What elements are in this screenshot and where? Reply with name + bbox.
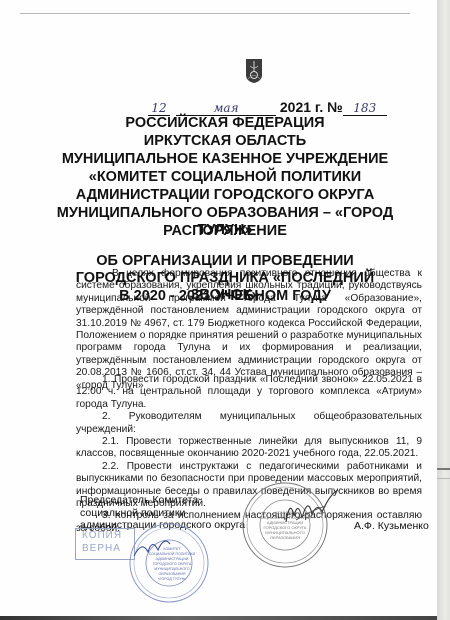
signature bbox=[282, 488, 342, 528]
header-line: ИРКУТСКАЯ ОБЛАСТЬ bbox=[60, 133, 390, 150]
scanner-margin bbox=[437, 0, 450, 620]
header-line: АДМИНИСТРАЦИИ ГОРОДСКОГО ОКРУГА bbox=[60, 187, 390, 204]
item-2: 2. Руководителям муниципальных общеобраз… bbox=[76, 411, 422, 436]
position-line: Председатель Комитета bbox=[80, 494, 245, 507]
svg-text:ОБРАЗОВАНИЯ: ОБРАЗОВАНИЯ bbox=[158, 572, 185, 576]
date-month: мая bbox=[176, 101, 276, 116]
svg-text:КОМИТЕТ: КОМИТЕТ bbox=[163, 547, 181, 551]
svg-text:АДМИНИСТРАЦИИ: АДМИНИСТРАЦИИ bbox=[156, 557, 189, 561]
scanner-bottom-edge bbox=[0, 616, 437, 620]
document-date-number: 12мая 2021 г. №183 bbox=[148, 99, 363, 115]
scan-artifact-line bbox=[437, 478, 450, 479]
svg-text:ГОРОДСКОГО ОКРУГА: ГОРОДСКОГО ОКРУГА bbox=[153, 562, 192, 566]
document-number: 183 bbox=[343, 101, 387, 116]
copy-stamp-line: КОПИЯ bbox=[82, 529, 134, 542]
svg-text:«ГОРОД ТУЛУН»: «ГОРОД ТУЛУН» bbox=[158, 577, 187, 581]
coat-of-arms-icon bbox=[245, 58, 263, 84]
header-line: МУНИЦИПАЛЬНОЕ КАЗЕННОЕ УЧРЕЖДЕНИЕ bbox=[60, 151, 390, 168]
header-line: «КОМИТЕТ СОЦИАЛЬНОЙ ПОЛИТИКИ bbox=[60, 169, 390, 186]
svg-text:МУНИЦИПАЛЬНОГО: МУНИЦИПАЛЬНОГО bbox=[154, 567, 190, 571]
blue-seal: КОМИТЕТСОЦИАЛЬНОЙ ПОЛИТИКИАДМИНИСТРАЦИИГ… bbox=[128, 522, 210, 604]
svg-text:СОЦИАЛЬНОЙ ПОЛИТИКИ: СОЦИАЛЬНОЙ ПОЛИТИКИ bbox=[149, 552, 196, 556]
copy-stamp-line: ВЕРНА bbox=[82, 542, 134, 555]
signatory-name: А.Ф. Кузьменко bbox=[354, 520, 429, 532]
item-2-1: 2.1. Провести торжественные линейки для … bbox=[76, 436, 422, 461]
copy-certified-stamp: КОПИЯ ВЕРНА bbox=[75, 528, 135, 560]
item-1: 1. Провести городской праздник «Последни… bbox=[76, 374, 422, 411]
document-page: 12мая 2021 г. №183 РОССИЙСКАЯ ФЕДЕРАЦИЯ … bbox=[0, 0, 437, 618]
scan-artifact-line bbox=[20, 13, 410, 14]
header-line: РОССИЙСКАЯ ФЕДЕРАЦИЯ bbox=[60, 115, 390, 132]
date-day: 12 bbox=[148, 101, 170, 116]
date-year-label: 2021 г. № bbox=[280, 99, 343, 115]
position-line: социальной политики bbox=[80, 507, 245, 520]
svg-text:ОБРАЗОВАНИЯ: ОБРАЗОВАНИЯ bbox=[270, 535, 300, 540]
document-type: РАСПОРЯЖЕНИЕ bbox=[60, 223, 390, 240]
scan-artifact-line bbox=[437, 468, 450, 470]
